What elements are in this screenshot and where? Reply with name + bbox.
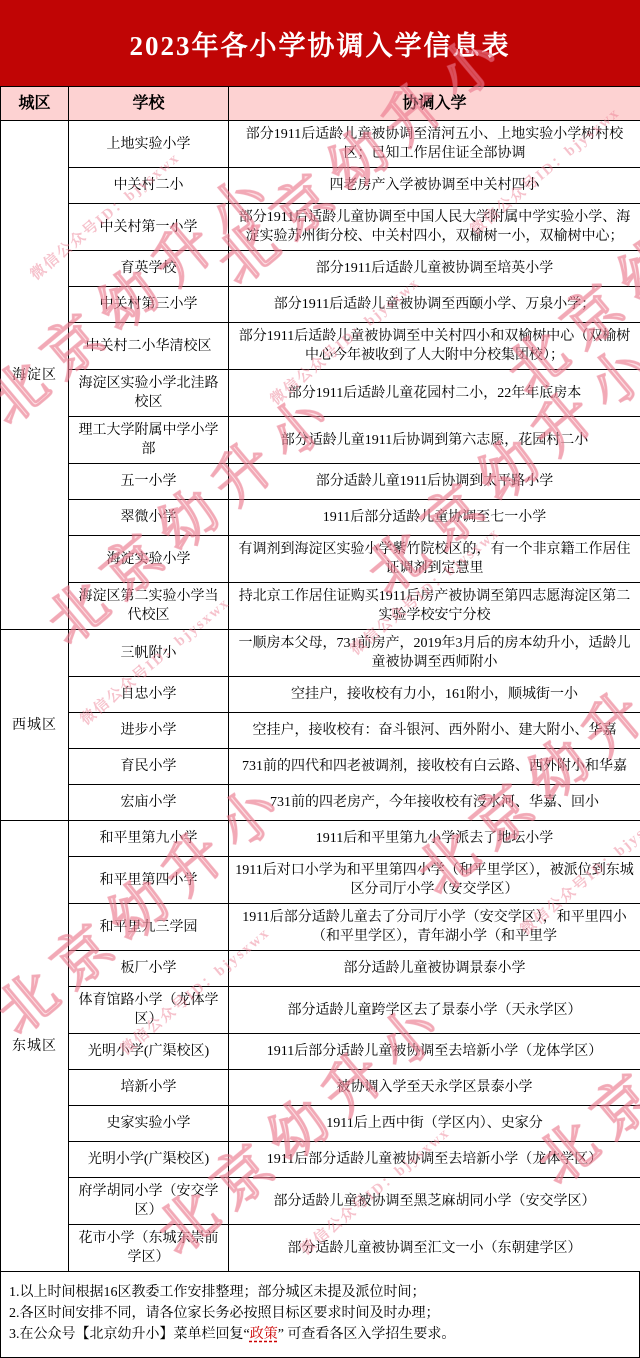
table-row: 中关村二小华清校区部分1911后适龄儿童被协调至中关村四小和双榆树中心（双榆树中…: [1, 323, 640, 370]
info-cell: 1911后部分适龄儿童去了分司厅小学（安交学区），和平里四小（和平里学区），青年…: [229, 904, 640, 951]
table-row: 体育馆路小学（龙体学区）部分适龄儿童跨学区去了景泰小学（天永学区）: [1, 987, 640, 1034]
info-cell: 空挂户，接收校有：奋斗银河、西外附小、建大附小、华嘉: [229, 713, 640, 749]
table-row: 自忠小学空挂户，接收校有力小，161附小，顺城街一小: [1, 677, 640, 713]
school-cell: 板厂小学: [69, 951, 229, 987]
enrollment-table: 城区 学校 协调入学 海淀区上地实验小学部分1911后适龄儿童被协调至清河五小、…: [0, 86, 640, 1272]
table-row: 光明小学(广渠校区)1911后部分适龄儿童被协调至去培新小学（龙体学区）: [1, 1142, 640, 1178]
school-cell: 翠微小学: [69, 500, 229, 536]
info-cell: 有调剂到海淀区实验小学紫竹院校区的，有一个非京籍工作居住证调剂到定慧里: [229, 536, 640, 583]
table-row: 翠微小学1911后部分适龄儿童协调至七一小学: [1, 500, 640, 536]
school-cell: 和平里第九小学: [69, 821, 229, 857]
title-banner: 2023年各小学协调入学信息表: [0, 0, 640, 86]
info-cell: 部分1911后适龄儿童被协调至中关村四小和双榆树中心（双榆树中心今年被收到了人大…: [229, 323, 640, 370]
school-cell: 五一小学: [69, 464, 229, 500]
info-cell: 持北京工作居住证购买1911后房产被协调至第四志愿海淀区第二实验学校安宁分校: [229, 583, 640, 630]
info-cell: 空挂户，接收校有力小，161附小，顺城街一小: [229, 677, 640, 713]
table-row: 板厂小学部分适龄儿童被协调景泰小学: [1, 951, 640, 987]
school-cell: 育英学校: [69, 251, 229, 287]
table-row: 五一小学部分适龄儿童1911后协调到太平路小学: [1, 464, 640, 500]
school-cell: 中关村二小华清校区: [69, 323, 229, 370]
school-cell: 府学胡同小学（安交学区）: [69, 1178, 229, 1225]
school-cell: 光明小学(广渠校区): [69, 1142, 229, 1178]
table-body: 海淀区上地实验小学部分1911后适龄儿童被协调至清河五小、上地实验小学树村校区；…: [1, 121, 640, 1272]
column-header-district: 城区: [1, 87, 69, 121]
info-cell: 1911后和平里第九小学派去了地坛小学: [229, 821, 640, 857]
note-line: 2.各区时间安排不同，请各位家长务必按照目标区要求时间及时办理；: [9, 1303, 631, 1324]
school-cell: 中关村第一小学: [69, 204, 229, 251]
info-cell: 1911后上西中街（学区内）、史家分: [229, 1106, 640, 1142]
header-row: 城区 学校 协调入学: [1, 87, 640, 121]
column-header-info: 协调入学: [229, 87, 640, 121]
table-row: 育英学校部分1911后适龄儿童被协调至培英小学: [1, 251, 640, 287]
info-cell: 部分适龄儿童1911后协调到太平路小学: [229, 464, 640, 500]
table-row: 府学胡同小学（安交学区）部分适龄儿童被协调至黑芝麻胡同小学（安交学区）: [1, 1178, 640, 1225]
info-cell: 1911后部分适龄儿童协调至七一小学: [229, 500, 640, 536]
table-row: 中关村二小四老房产入学被协调至中关村四小: [1, 168, 640, 204]
note-line: 1.以上时间根据16区教委工作安排整理；部分城区未提及派位时间；: [9, 1282, 631, 1303]
info-cell: 731前的四老房产，今年接收校有涭水河、华嘉、回小: [229, 785, 640, 821]
notes-list: 1.以上时间根据16区教委工作安排整理；部分城区未提及派位时间；2.各区时间安排…: [9, 1282, 631, 1345]
info-cell: 部分适龄儿童被协调至汇文一小（东朝建学区）: [229, 1225, 640, 1272]
school-cell: 上地实验小学: [69, 121, 229, 168]
info-cell: 被协调入学至天永学区景泰小学: [229, 1070, 640, 1106]
table-row: 史家实验小学1911后上西中街（学区内）、史家分: [1, 1106, 640, 1142]
school-cell: 海淀区第二实验小学当代校区: [69, 583, 229, 630]
school-cell: 培新小学: [69, 1070, 229, 1106]
table-row: 东城区和平里第九小学1911后和平里第九小学派去了地坛小学: [1, 821, 640, 857]
table-row: 和平里九三学园1911后部分适龄儿童去了分司厅小学（安交学区），和平里四小（和平…: [1, 904, 640, 951]
school-cell: 和平里第四小学: [69, 857, 229, 904]
info-cell: 部分1911后适龄儿童被协调至培英小学: [229, 251, 640, 287]
school-cell: 中关村第三小学: [69, 287, 229, 323]
table-row: 理工大学附属中学小学部部分适龄儿童1911后协调到第六志愿，花园村二小: [1, 417, 640, 464]
policy-keyword: 政策: [250, 1327, 278, 1342]
note-line: 3.在公众号【北京幼升小】菜单栏回复“政策” 可查看各区入学招生要求。: [9, 1324, 631, 1345]
page-title: 2023年各小学协调入学信息表: [130, 24, 511, 63]
info-cell: 部分1911后适龄儿童花园村二小，22年年底房本: [229, 370, 640, 417]
school-cell: 三帆附小: [69, 630, 229, 677]
table-row: 中关村第一小学部分1911后适龄儿童协调至中国人民大学附属中学实验小学、海淀实验…: [1, 204, 640, 251]
school-cell: 自忠小学: [69, 677, 229, 713]
school-cell: 海淀区实验小学北洼路校区: [69, 370, 229, 417]
info-cell: 1911后部分适龄儿童被协调至去培新小学（龙体学区）: [229, 1142, 640, 1178]
table-row: 海淀区上地实验小学部分1911后适龄儿童被协调至清河五小、上地实验小学树村校区；…: [1, 121, 640, 168]
school-cell: 和平里九三学园: [69, 904, 229, 951]
table-row: 海淀区第二实验小学当代校区持北京工作居住证购买1911后房产被协调至第四志愿海淀…: [1, 583, 640, 630]
school-cell: 进步小学: [69, 713, 229, 749]
table-row: 进步小学空挂户，接收校有：奋斗银河、西外附小、建大附小、华嘉: [1, 713, 640, 749]
table-row: 宏庙小学731前的四老房产，今年接收校有涭水河、华嘉、回小: [1, 785, 640, 821]
table-row: 光明小学(广渠校区)1911后部分适龄儿童被协调至去培新小学（龙体学区）: [1, 1034, 640, 1070]
school-cell: 宏庙小学: [69, 785, 229, 821]
info-cell: 部分适龄儿童被协调景泰小学: [229, 951, 640, 987]
table-row: 海淀实验小学有调剂到海淀区实验小学紫竹院校区的，有一个非京籍工作居住证调剂到定慧…: [1, 536, 640, 583]
table-header: 城区 学校 协调入学: [1, 87, 640, 121]
table-row: 培新小学被协调入学至天永学区景泰小学: [1, 1070, 640, 1106]
district-cell: 海淀区: [1, 121, 69, 630]
notes-section: 1.以上时间根据16区教委工作安排整理；部分城区未提及派位时间；2.各区时间安排…: [0, 1271, 640, 1358]
table-row: 中关村第三小学部分1911后适龄儿童被协调至西颐小学、万泉小学；: [1, 287, 640, 323]
info-cell: 部分1911后适龄儿童被协调至西颐小学、万泉小学；: [229, 287, 640, 323]
info-cell: 部分适龄儿童跨学区去了景泰小学（天永学区）: [229, 987, 640, 1034]
info-cell: 1911后部分适龄儿童被协调至去培新小学（龙体学区）: [229, 1034, 640, 1070]
school-cell: 光明小学(广渠校区): [69, 1034, 229, 1070]
info-cell: 四老房产入学被协调至中关村四小: [229, 168, 640, 204]
info-cell: 部分适龄儿童1911后协调到第六志愿，花园村二小: [229, 417, 640, 464]
info-cell: 部分1911后适龄儿童协调至中国人民大学附属中学实验小学、海淀实验苏州街分校、中…: [229, 204, 640, 251]
school-cell: 史家实验小学: [69, 1106, 229, 1142]
table-row: 花市小学（东城东崇前学区）部分适龄儿童被协调至汇文一小（东朝建学区）: [1, 1225, 640, 1272]
info-cell: 部分1911后适龄儿童被协调至清河五小、上地实验小学树村校区；已知工作居住证全部…: [229, 121, 640, 168]
school-cell: 育民小学: [69, 749, 229, 785]
school-cell: 海淀实验小学: [69, 536, 229, 583]
table-row: 育民小学731前的四代和四老被调剂，接收校有白云路、西外附小和华嘉: [1, 749, 640, 785]
info-cell: 部分适龄儿童被协调至黑芝麻胡同小学（安交学区）: [229, 1178, 640, 1225]
infographic-page: 2023年各小学协调入学信息表 城区 学校 协调入学 海淀区上地实验小学部分19…: [0, 0, 640, 1358]
column-header-school: 学校: [69, 87, 229, 121]
table-row: 和平里第四小学1911后对口小学为和平里第四小学（和平里学区），被派位到东城区分…: [1, 857, 640, 904]
district-cell: 东城区: [1, 821, 69, 1272]
info-cell: 1911后对口小学为和平里第四小学（和平里学区），被派位到东城区分司厅小学（安交…: [229, 857, 640, 904]
school-cell: 理工大学附属中学小学部: [69, 417, 229, 464]
school-cell: 中关村二小: [69, 168, 229, 204]
district-cell: 西城区: [1, 630, 69, 821]
info-cell: 一顺房本父母，731前房产，2019年3月后的房本幼升小，适龄儿童被协调至西师附…: [229, 630, 640, 677]
table-row: 海淀区实验小学北洼路校区部分1911后适龄儿童花园村二小，22年年底房本: [1, 370, 640, 417]
school-cell: 花市小学（东城东崇前学区）: [69, 1225, 229, 1272]
table-row: 西城区三帆附小一顺房本父母，731前房产，2019年3月后的房本幼升小，适龄儿童…: [1, 630, 640, 677]
info-cell: 731前的四代和四老被调剂，接收校有白云路、西外附小和华嘉: [229, 749, 640, 785]
school-cell: 体育馆路小学（龙体学区）: [69, 987, 229, 1034]
